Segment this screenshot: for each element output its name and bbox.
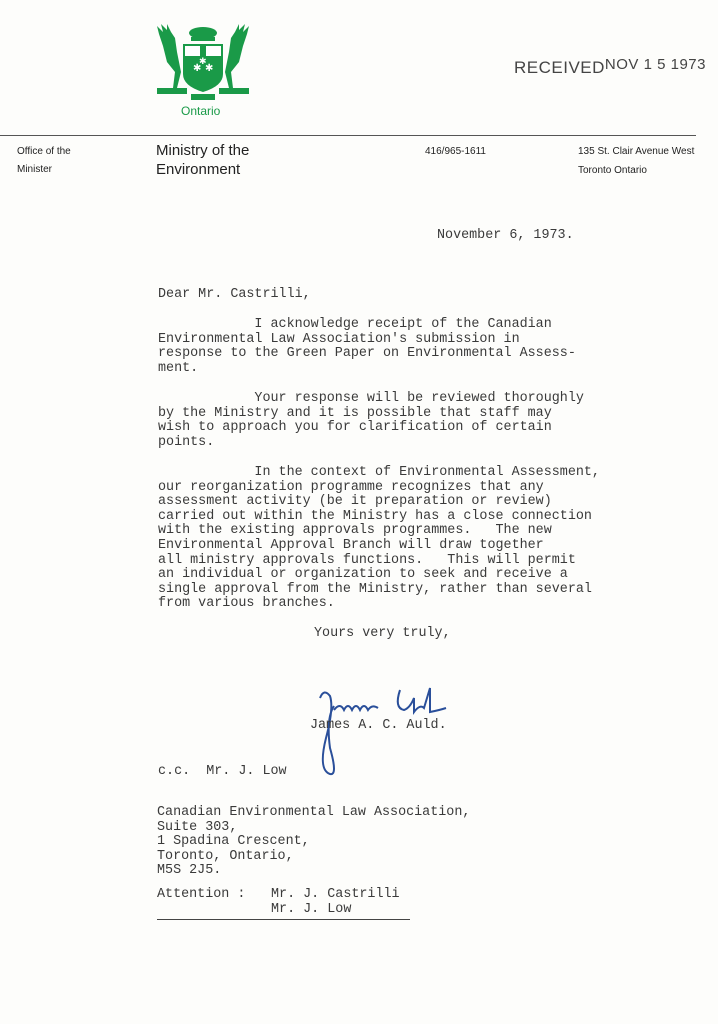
paragraph-2: Your response will be reviewed thoroughl… [158,392,584,450]
cc-line: c.c. Mr. J. Low [158,765,287,780]
letter-date: November 6, 1973. [437,229,574,244]
ontario-wordmark: Ontario [181,104,220,118]
received-stamp: RECEIVEDNOV 1 5 1973 [514,58,706,78]
office-line-2: Minister [17,164,52,175]
phone-number: 416/965-1611 [425,146,486,157]
paragraph-3: In the context of Environmental Assessme… [158,466,600,612]
signature-name: James A. C. Auld. [310,719,447,734]
attention-name-2: Mr. J. Low [271,903,351,918]
letterhead-divider [0,135,696,136]
attention-underline [157,919,410,920]
closing: Yours very truly, [314,627,451,642]
ministry-line-1: Ministry of the [156,142,249,159]
attention-label: Attention : [157,888,245,903]
paragraph-1: I acknowledge receipt of the Canadian En… [158,318,576,376]
svg-text:✱: ✱ [199,56,207,66]
address-line-1: 135 St. Clair Avenue West [578,146,694,157]
salutation: Dear Mr. Castrilli, [158,288,311,303]
ontario-coat-of-arms-logo: ✱ ✱ ✱ [153,22,253,102]
office-line-1: Office of the [17,146,71,157]
attention-name-1: Mr. J. Castrilli [271,888,400,903]
address-line-2: Toronto Ontario [578,165,647,176]
ministry-line-2: Environment [156,161,240,178]
recipient-address: Canadian Environmental Law Association, … [157,806,470,879]
received-label: RECEIVED [514,58,605,77]
received-date: NOV 1 5 1973 [605,56,706,73]
